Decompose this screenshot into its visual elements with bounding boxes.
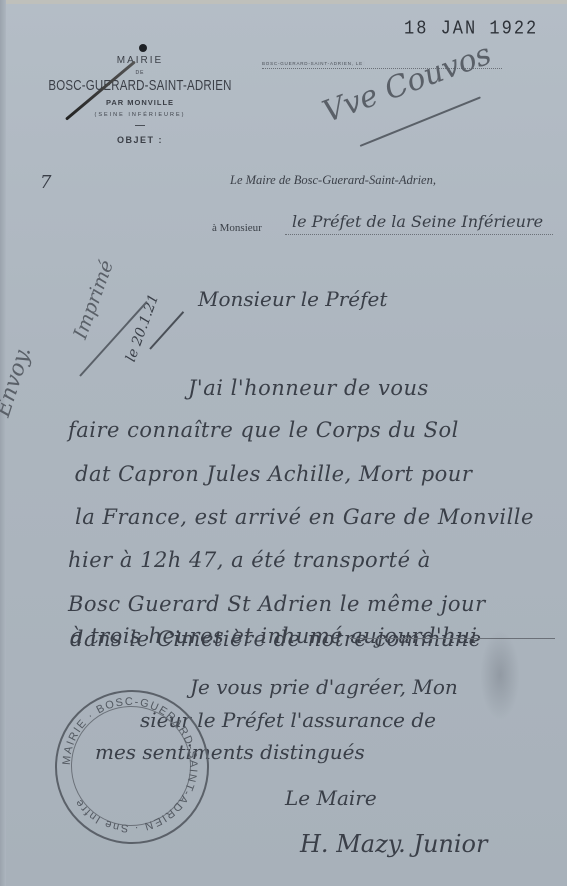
annotation-imprime: Imprimé: [69, 257, 118, 342]
signature: H. Mazy. Junior: [300, 830, 487, 858]
scanned-letter: MAIRIE DE BOSC-GUERARD-SAINT-ADRIEN PAR …: [0, 0, 567, 886]
place-date-label: BOSC-GUERARD-SAINT-ADRIEN, LE: [262, 61, 365, 66]
paper-left-edge: [0, 0, 6, 886]
letter-line: Bosc Guerard St Adrien le même jour: [68, 592, 486, 616]
letterhead-par-monville: PAR MONVILLE: [40, 98, 240, 107]
letterhead-commune: BOSC-GUERARD-SAINT-ADRIEN: [40, 79, 240, 94]
signature-title: Le Maire: [285, 786, 377, 810]
svg-text:MAIRIE · BOSC-GUERARD-SAINT-AD: MAIRIE · BOSC-GUERARD-SAINT-ADRIEN · Sne…: [61, 696, 199, 834]
letterhead-objet: OBJET :: [40, 135, 240, 145]
letterhead-mairie: MAIRIE: [40, 55, 240, 66]
addressee: le Préfet de la Seine Inférieure: [292, 212, 543, 231]
salutation: Monsieur le Préfet: [198, 287, 387, 311]
mairie-seal-stamp: MAIRIE · BOSC-GUERARD-SAINT-ADRIEN · Sne…: [55, 690, 209, 844]
letter-line: la France, est arrivé en Gare de Monvill…: [75, 505, 534, 529]
annotation-date: le 20.1.21: [123, 292, 162, 364]
letter-line: dans le Cimetière de notre commune: [70, 627, 482, 651]
letterhead-ornament: [135, 125, 145, 126]
letter-line: dat Capron Jules Achille, Mort pour: [75, 462, 472, 486]
closing-line: Je vous prie d'agréer, Mon: [190, 675, 458, 699]
letter-line: J'ai l'honneur de vous: [188, 376, 429, 400]
addressee-line: [285, 234, 553, 235]
date-stamp: 18 JAN 1922: [404, 19, 538, 41]
ink-smudge: [480, 630, 520, 720]
letter-line: hier à 12h 47, a été transporté à: [68, 548, 431, 572]
annotation-vve-couvos: Vve Couvos: [318, 37, 496, 130]
printed-to-prefix: à Monsieur: [212, 222, 262, 234]
paper-top-edge: [0, 0, 567, 4]
pin-head-icon: [139, 44, 147, 52]
seal-text-ring: MAIRIE · BOSC-GUERARD-SAINT-ADRIEN · Sne…: [55, 690, 205, 840]
annotation-number: 7: [40, 172, 51, 193]
letter-line: faire connaître que le Corps du Sol: [68, 418, 459, 442]
letterhead: MAIRIE DE BOSC-GUERARD-SAINT-ADRIEN PAR …: [40, 55, 240, 145]
line-filler-stroke: [350, 638, 555, 639]
printed-sender: Le Maire de Bosc-Guerard-Saint-Adrien,: [230, 173, 436, 188]
letterhead-de: DE: [40, 70, 240, 76]
